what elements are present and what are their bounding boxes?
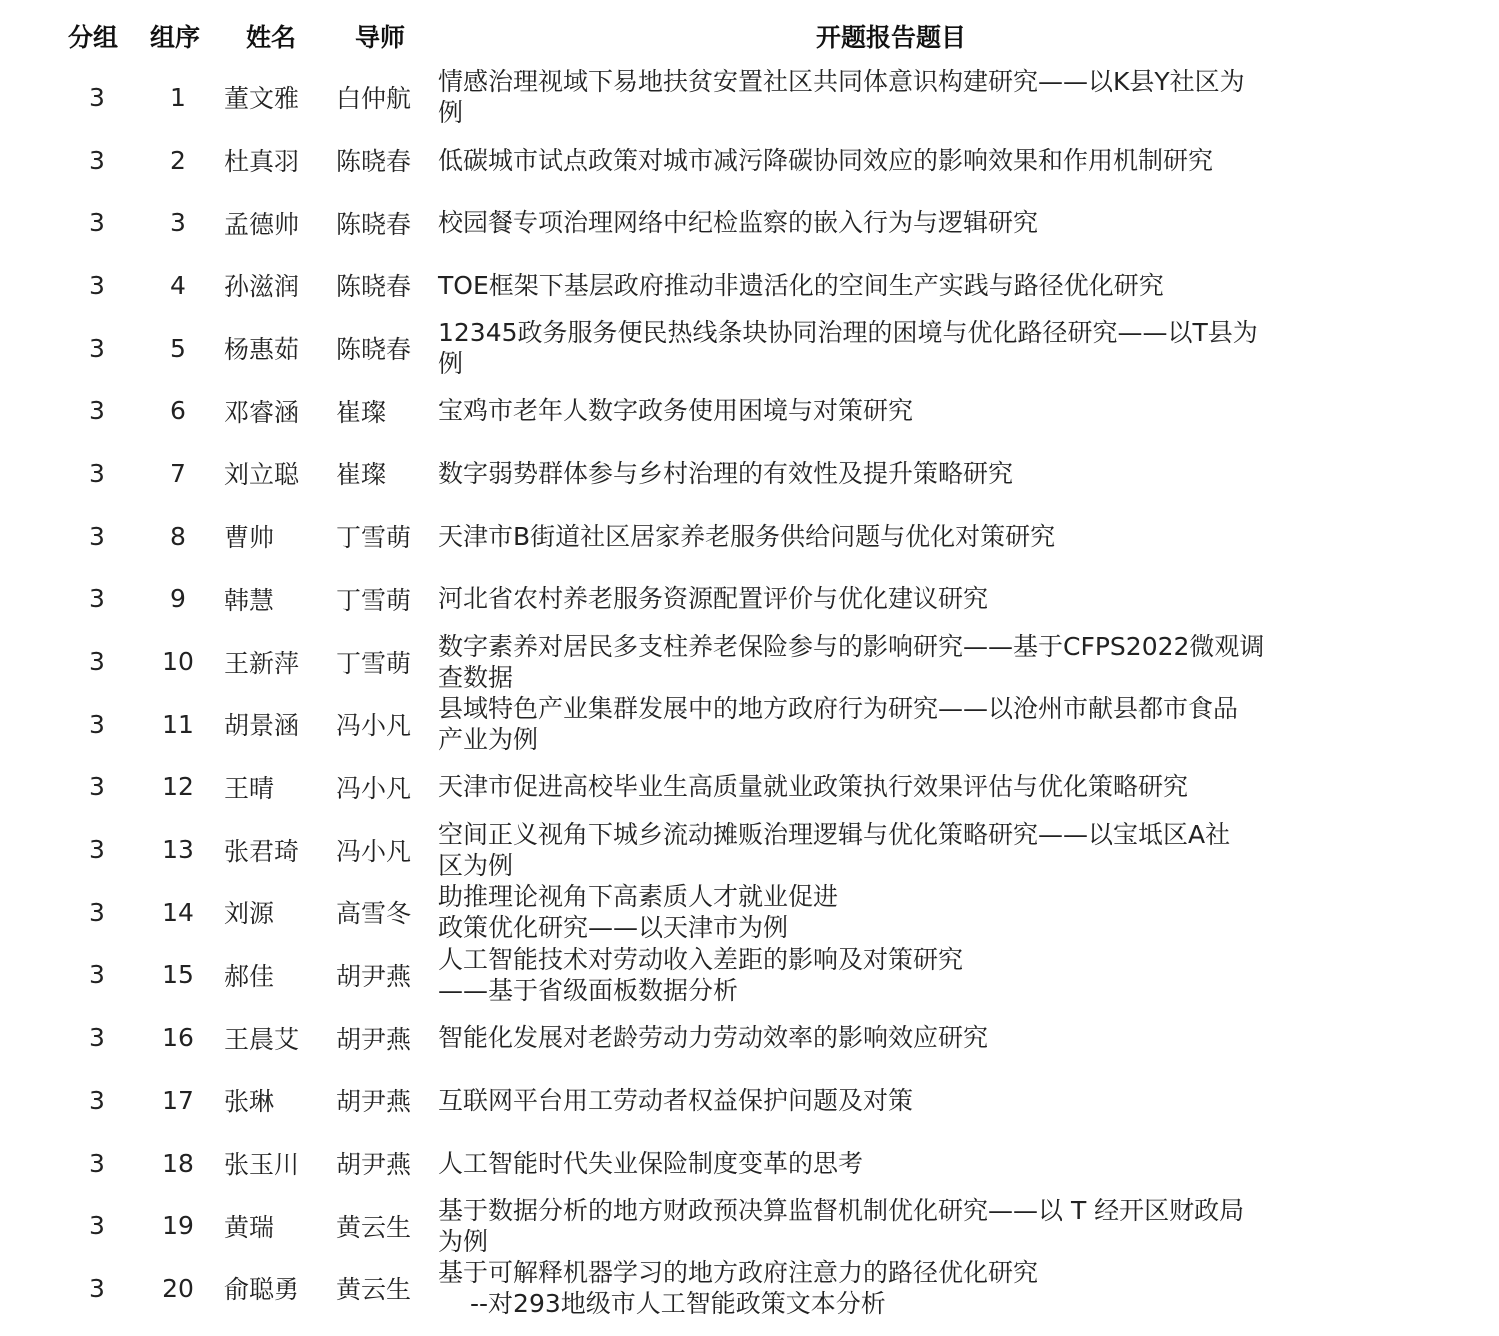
name-cell: 孙滋润 <box>224 254 334 317</box>
group-cell: 3 <box>70 129 124 192</box>
mentor-cell: 胡尹燕 <box>336 1132 436 1195</box>
title-line: 情感治理视域下易地扶贫安置社区共同体意识构建研究——以K县Y社区为 <box>438 66 1245 97</box>
title-cell: 数字素养对居民多支柱养老保险参与的影响研究——基于CFPS2022微观调查数据 <box>438 630 1368 693</box>
group-cell: 3 <box>70 191 124 254</box>
title-cell: 县域特色产业集群发展中的地方政府行为研究——以沧州市献县都市食品产业为例 <box>438 693 1368 756</box>
seq-cell: 2 <box>150 129 206 192</box>
title-line: 基于可解释机器学习的地方政府注意力的路径优化研究 <box>438 1257 1038 1288</box>
seq-cell: 18 <box>150 1132 206 1195</box>
mentor-cell: 陈晓春 <box>336 129 436 192</box>
seq-cell: 16 <box>150 1006 206 1069</box>
group-cell: 3 <box>70 818 124 881</box>
header-title: 开题报告题目 <box>816 18 966 54</box>
table-row: 317张琳胡尹燕互联网平台用工劳动者权益保护问题及对策 <box>0 1069 1499 1132</box>
title-line: 数字素养对居民多支柱养老保险参与的影响研究——基于CFPS2022微观调 <box>438 631 1264 662</box>
title-cell: 基于数据分析的地方财政预决算监督机制优化研究——以 T 经开区财政局为例 <box>438 1194 1368 1257</box>
mentor-cell: 丁雪萌 <box>336 630 436 693</box>
mentor-cell: 丁雪萌 <box>336 505 436 568</box>
title-line: 区为例 <box>438 850 513 881</box>
group-cell: 3 <box>70 568 124 631</box>
name-cell: 郝佳 <box>224 944 334 1007</box>
name-cell: 张琳 <box>224 1069 334 1132</box>
title-line: 例 <box>438 97 463 128</box>
group-cell: 3 <box>70 944 124 1007</box>
group-cell: 3 <box>70 1194 124 1257</box>
title-line: 12345政务服务便民热线条块协同治理的困境与优化路径研究——以T县为 <box>438 317 1258 348</box>
group-cell: 3 <box>70 66 124 129</box>
group-cell: 3 <box>70 1257 124 1320</box>
table-row: 311胡景涵冯小凡县域特色产业集群发展中的地方政府行为研究——以沧州市献县都市食… <box>0 693 1499 756</box>
group-cell: 3 <box>70 1069 124 1132</box>
title-line: 天津市B街道社区居家养老服务供给问题与优化对策研究 <box>438 521 1055 552</box>
table-header: 分组 组序 姓名 导师 开题报告题目 <box>0 14 1499 58</box>
table-row: 34孙滋润陈晓春TOE框架下基层政府推动非遗活化的空间生产实践与路径优化研究 <box>0 254 1499 317</box>
title-cell: 人工智能时代失业保险制度变革的思考 <box>438 1132 1368 1195</box>
title-cell: 空间正义视角下城乡流动摊贩治理逻辑与优化策略研究——以宝坻区A社区为例 <box>438 818 1368 881</box>
title-line: 基于数据分析的地方财政预决算监督机制优化研究——以 T 经开区财政局 <box>438 1195 1244 1226</box>
title-line: 空间正义视角下城乡流动摊贩治理逻辑与优化策略研究——以宝坻区A社 <box>438 819 1230 850</box>
title-cell: 情感治理视域下易地扶贫安置社区共同体意识构建研究——以K县Y社区为例 <box>438 66 1368 129</box>
title-line: --对293地级市人工智能政策文本分析 <box>438 1288 886 1319</box>
title-cell: 低碳城市试点政策对城市减污降碳协同效应的影响效果和作用机制研究 <box>438 129 1368 192</box>
seq-cell: 7 <box>150 442 206 505</box>
table-row: 38曹帅丁雪萌天津市B街道社区居家养老服务供给问题与优化对策研究 <box>0 505 1499 568</box>
title-cell: 人工智能技术对劳动收入差距的影响及对策研究——基于省级面板数据分析 <box>438 944 1368 1007</box>
header-group: 分组 <box>68 18 118 54</box>
table-row: 33孟德帅陈晓春校园餐专项治理网络中纪检监察的嵌入行为与逻辑研究 <box>0 191 1499 254</box>
title-line: 县域特色产业集群发展中的地方政府行为研究——以沧州市献县都市食品 <box>438 693 1238 724</box>
title-cell: 助推理论视角下高素质人才就业促进政策优化研究——以天津市为例 <box>438 881 1368 944</box>
group-cell: 3 <box>70 1006 124 1069</box>
name-cell: 王新萍 <box>224 630 334 693</box>
seq-cell: 11 <box>150 693 206 756</box>
mentor-cell: 高雪冬 <box>336 881 436 944</box>
title-line: 为例 <box>438 1226 488 1257</box>
title-line: 低碳城市试点政策对城市减污降碳协同效应的影响效果和作用机制研究 <box>438 145 1213 176</box>
title-cell: 天津市促进高校毕业生高质量就业政策执行效果评估与优化策略研究 <box>438 756 1368 819</box>
mentor-cell: 陈晓春 <box>336 254 436 317</box>
seq-cell: 4 <box>150 254 206 317</box>
name-cell: 曹帅 <box>224 505 334 568</box>
name-cell: 张玉川 <box>224 1132 334 1195</box>
title-line: 产业为例 <box>438 724 538 755</box>
mentor-cell: 陈晓春 <box>336 317 436 380</box>
name-cell: 刘立聪 <box>224 442 334 505</box>
seq-cell: 10 <box>150 630 206 693</box>
table-row: 313张君琦冯小凡空间正义视角下城乡流动摊贩治理逻辑与优化策略研究——以宝坻区A… <box>0 818 1499 881</box>
seq-cell: 9 <box>150 568 206 631</box>
title-line: 校园餐专项治理网络中纪检监察的嵌入行为与逻辑研究 <box>438 207 1038 238</box>
mentor-cell: 白仲航 <box>336 66 436 129</box>
name-cell: 杜真羽 <box>224 129 334 192</box>
table-row: 35杨惠茹陈晓春12345政务服务便民热线条块协同治理的困境与优化路径研究——以… <box>0 317 1499 380</box>
mentor-cell: 冯小凡 <box>336 756 436 819</box>
table-row: 32杜真羽陈晓春低碳城市试点政策对城市减污降碳协同效应的影响效果和作用机制研究 <box>0 129 1499 192</box>
seq-cell: 1 <box>150 66 206 129</box>
header-mentor: 导师 <box>355 18 405 54</box>
table-body: 31董文雅白仲航情感治理视域下易地扶贫安置社区共同体意识构建研究——以K县Y社区… <box>0 66 1499 1320</box>
mentor-cell: 陈晓春 <box>336 191 436 254</box>
mentor-cell: 崔璨 <box>336 379 436 442</box>
title-cell: TOE框架下基层政府推动非遗活化的空间生产实践与路径优化研究 <box>438 254 1368 317</box>
table-row: 312王晴冯小凡天津市促进高校毕业生高质量就业政策执行效果评估与优化策略研究 <box>0 756 1499 819</box>
seq-cell: 19 <box>150 1194 206 1257</box>
title-line: 河北省农村养老服务资源配置评价与优化建议研究 <box>438 583 988 614</box>
mentor-cell: 胡尹燕 <box>336 1006 436 1069</box>
title-line: ——基于省级面板数据分析 <box>438 975 738 1006</box>
title-line: TOE框架下基层政府推动非遗活化的空间生产实践与路径优化研究 <box>438 270 1164 301</box>
title-line: 人工智能时代失业保险制度变革的思考 <box>438 1148 863 1179</box>
group-cell: 3 <box>70 881 124 944</box>
name-cell: 孟德帅 <box>224 191 334 254</box>
seq-cell: 20 <box>150 1257 206 1320</box>
seq-cell: 17 <box>150 1069 206 1132</box>
table-row: 39韩慧丁雪萌河北省农村养老服务资源配置评价与优化建议研究 <box>0 568 1499 631</box>
header-seq: 组序 <box>150 18 200 54</box>
seq-cell: 13 <box>150 818 206 881</box>
name-cell: 董文雅 <box>224 66 334 129</box>
mentor-cell: 冯小凡 <box>336 693 436 756</box>
title-line: 助推理论视角下高素质人才就业促进 <box>438 881 838 912</box>
group-cell: 3 <box>70 317 124 380</box>
name-cell: 刘源 <box>224 881 334 944</box>
seq-cell: 3 <box>150 191 206 254</box>
name-cell: 杨惠茹 <box>224 317 334 380</box>
title-line: 智能化发展对老龄劳动力劳动效率的影响效应研究 <box>438 1022 988 1053</box>
mentor-cell: 崔璨 <box>336 442 436 505</box>
table-row: 314刘源高雪冬助推理论视角下高素质人才就业促进政策优化研究——以天津市为例 <box>0 881 1499 944</box>
name-cell: 王晨艾 <box>224 1006 334 1069</box>
mentor-cell: 胡尹燕 <box>336 944 436 1007</box>
title-line: 人工智能技术对劳动收入差距的影响及对策研究 <box>438 944 963 975</box>
title-cell: 宝鸡市老年人数字政务使用困境与对策研究 <box>438 379 1368 442</box>
seq-cell: 14 <box>150 881 206 944</box>
title-line: 政策优化研究——以天津市为例 <box>438 912 788 943</box>
title-cell: 基于可解释机器学习的地方政府注意力的路径优化研究--对293地级市人工智能政策文… <box>438 1257 1368 1320</box>
group-cell: 3 <box>70 693 124 756</box>
table-row: 318张玉川胡尹燕人工智能时代失业保险制度变革的思考 <box>0 1132 1499 1195</box>
group-cell: 3 <box>70 254 124 317</box>
group-cell: 3 <box>70 756 124 819</box>
title-cell: 12345政务服务便民热线条块协同治理的困境与优化路径研究——以T县为例 <box>438 317 1368 380</box>
table-row: 319黄瑞黄云生基于数据分析的地方财政预决算监督机制优化研究——以 T 经开区财… <box>0 1194 1499 1257</box>
group-cell: 3 <box>70 1132 124 1195</box>
header-name: 姓名 <box>246 18 296 54</box>
table-row: 315郝佳胡尹燕人工智能技术对劳动收入差距的影响及对策研究——基于省级面板数据分… <box>0 944 1499 1007</box>
name-cell: 胡景涵 <box>224 693 334 756</box>
title-line: 查数据 <box>438 662 513 693</box>
title-line: 天津市促进高校毕业生高质量就业政策执行效果评估与优化策略研究 <box>438 771 1188 802</box>
group-cell: 3 <box>70 630 124 693</box>
mentor-cell: 冯小凡 <box>336 818 436 881</box>
title-cell: 校园餐专项治理网络中纪检监察的嵌入行为与逻辑研究 <box>438 191 1368 254</box>
table-row: 320俞聪勇黄云生基于可解释机器学习的地方政府注意力的路径优化研究--对293地… <box>0 1257 1499 1320</box>
name-cell: 王晴 <box>224 756 334 819</box>
name-cell: 韩慧 <box>224 568 334 631</box>
mentor-cell: 黄云生 <box>336 1257 436 1320</box>
title-cell: 数字弱势群体参与乡村治理的有效性及提升策略研究 <box>438 442 1368 505</box>
title-cell: 河北省农村养老服务资源配置评价与优化建议研究 <box>438 568 1368 631</box>
title-line: 数字弱势群体参与乡村治理的有效性及提升策略研究 <box>438 458 1013 489</box>
mentor-cell: 黄云生 <box>336 1194 436 1257</box>
seq-cell: 5 <box>150 317 206 380</box>
mentor-cell: 胡尹燕 <box>336 1069 436 1132</box>
table-row: 37刘立聪崔璨数字弱势群体参与乡村治理的有效性及提升策略研究 <box>0 442 1499 505</box>
name-cell: 黄瑞 <box>224 1194 334 1257</box>
group-cell: 3 <box>70 379 124 442</box>
title-line: 互联网平台用工劳动者权益保护问题及对策 <box>438 1085 913 1116</box>
table-row: 316王晨艾胡尹燕智能化发展对老龄劳动力劳动效率的影响效应研究 <box>0 1006 1499 1069</box>
title-cell: 天津市B街道社区居家养老服务供给问题与优化对策研究 <box>438 505 1368 568</box>
seq-cell: 8 <box>150 505 206 568</box>
title-cell: 智能化发展对老龄劳动力劳动效率的影响效应研究 <box>438 1006 1368 1069</box>
title-cell: 互联网平台用工劳动者权益保护问题及对策 <box>438 1069 1368 1132</box>
name-cell: 俞聪勇 <box>224 1257 334 1320</box>
name-cell: 张君琦 <box>224 818 334 881</box>
seq-cell: 15 <box>150 944 206 1007</box>
group-cell: 3 <box>70 505 124 568</box>
name-cell: 邓睿涵 <box>224 379 334 442</box>
seq-cell: 12 <box>150 756 206 819</box>
table-row: 31董文雅白仲航情感治理视域下易地扶贫安置社区共同体意识构建研究——以K县Y社区… <box>0 66 1499 129</box>
table-row: 310王新萍丁雪萌数字素养对居民多支柱养老保险参与的影响研究——基于CFPS20… <box>0 630 1499 693</box>
seq-cell: 6 <box>150 379 206 442</box>
title-line: 宝鸡市老年人数字政务使用困境与对策研究 <box>438 395 913 426</box>
mentor-cell: 丁雪萌 <box>336 568 436 631</box>
group-cell: 3 <box>70 442 124 505</box>
title-line: 例 <box>438 348 463 379</box>
table-row: 36邓睿涵崔璨宝鸡市老年人数字政务使用困境与对策研究 <box>0 379 1499 442</box>
